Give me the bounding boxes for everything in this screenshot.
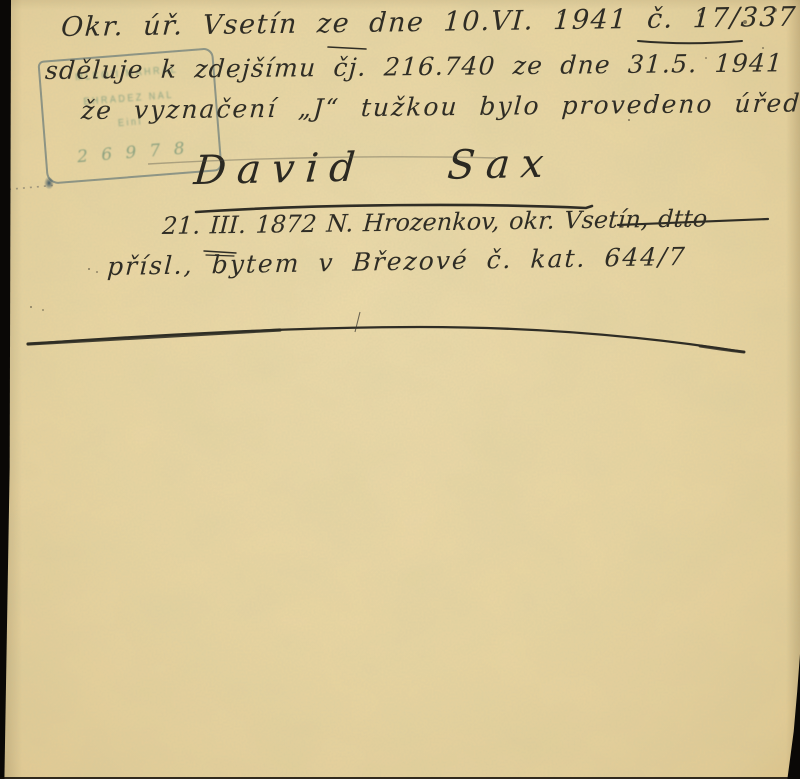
signature-name: David Sax — [192, 140, 556, 194]
stamp-number: 2 6 9 7 8 — [76, 138, 189, 167]
scanned-document: MLKOII MAHRAL EHRADEZ NAL Einl 2 6 9 7 8… — [0, 0, 800, 779]
